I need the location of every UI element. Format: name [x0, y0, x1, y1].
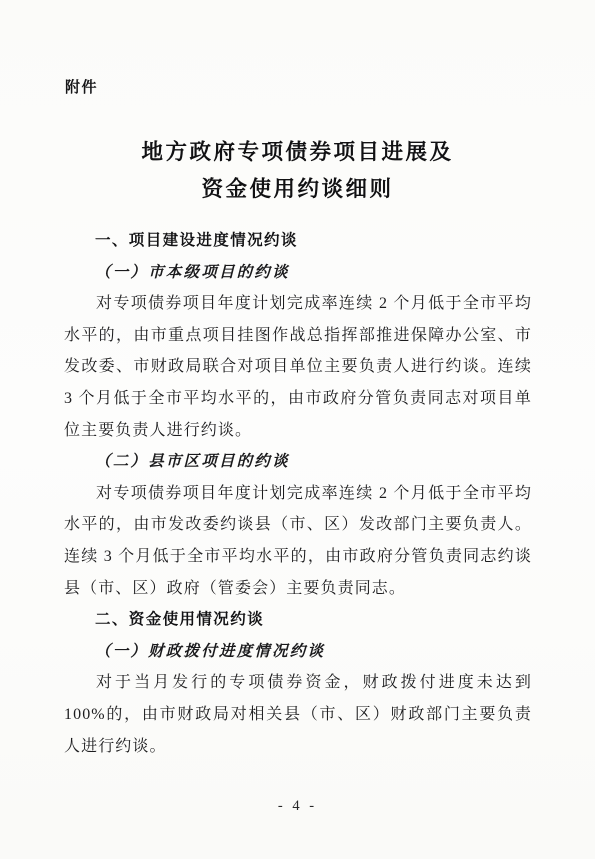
paragraph: 对于当月发行的专项债券资金，财政拨付进度未达到 100%的，由市财政局对相关县（…: [64, 667, 532, 762]
section-heading: （一）市本级项目的约谈: [64, 257, 532, 289]
document-title-line1: 地方政府专项债券项目进展及: [0, 134, 595, 171]
document-title-line2: 资金使用约谈细则: [0, 171, 595, 208]
attachment-label: 附件: [65, 76, 98, 97]
page-number: - 4 -: [0, 798, 595, 815]
paragraph: 对专项债券项目年度计划完成率连续 2 个月低于全市平均水平的，由市重点项目挂图作…: [64, 288, 532, 446]
paragraph: 对专项债券项目年度计划完成率连续 2 个月低于全市平均水平的，由市发改委约谈县（…: [64, 478, 532, 604]
section-heading: 二、资金使用情况约谈: [64, 604, 532, 636]
document-page: 附件 地方政府专项债券项目进展及 资金使用约谈细则 一、项目建设进度情况约谈（一…: [0, 0, 595, 859]
document-title: 地方政府专项债券项目进展及 资金使用约谈细则: [0, 134, 595, 208]
section-heading: （二）县市区项目的约谈: [64, 446, 532, 478]
section-heading: （一）财政拨付进度情况约谈: [64, 636, 532, 668]
section-heading: 一、项目建设进度情况约谈: [64, 225, 532, 257]
document-body: 一、项目建设进度情况约谈（一）市本级项目的约谈对专项债券项目年度计划完成率连续 …: [64, 225, 532, 762]
